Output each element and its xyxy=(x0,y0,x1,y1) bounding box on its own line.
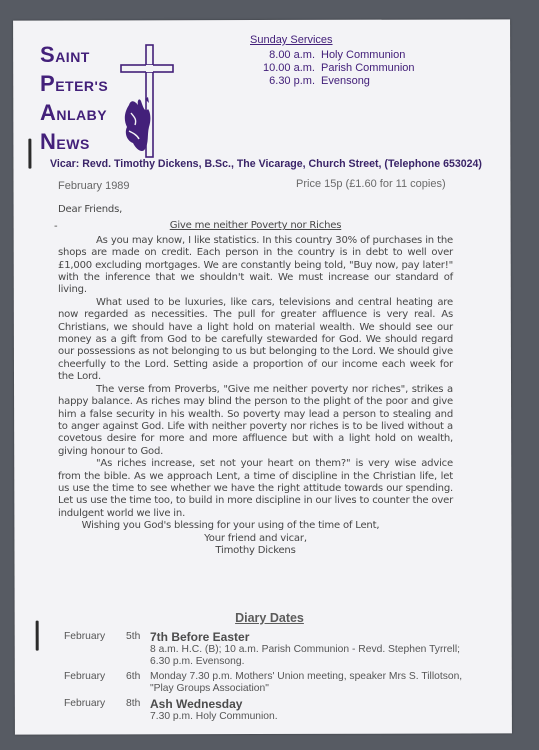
masthead-cap: N xyxy=(40,129,56,154)
masthead-cap: P xyxy=(40,71,55,96)
service-time: 8.00 a.m. xyxy=(248,49,321,62)
letter-signature: Timothy Dickens xyxy=(58,545,453,557)
diary-date: February5th xyxy=(64,631,150,669)
masthead-rest: ETER'S xyxy=(55,78,108,94)
sunday-services: Sunday Services 8.00 a.m.Holy Communion … xyxy=(248,34,415,88)
diary-entry: February8th Ash Wednesday 7.30 p.m. Holy… xyxy=(64,698,464,723)
masthead-rest: EWS xyxy=(56,136,89,152)
diary-month: February xyxy=(64,671,126,684)
letter-paragraph: What used to be luxuries, like cars, tel… xyxy=(58,297,453,384)
letter-paragraph: The verse from Proverbs, "Give me neithe… xyxy=(58,384,453,458)
masthead-line: ANLABY xyxy=(40,100,108,129)
vicar-letter: Dear Friends, - Give me neither Poverty … xyxy=(58,204,453,557)
letter-paragraph: "As riches increase, set not your heart … xyxy=(58,458,453,520)
service-item: 6.30 p.m.Evensong xyxy=(248,75,415,88)
diary-month: February xyxy=(64,631,126,644)
service-name: Holy Communion xyxy=(321,49,405,62)
vicar-contact-line: Vicar: Revd. Timothy Dickens, B.Sc., The… xyxy=(50,158,482,170)
price-info: Price 15p (£1.60 for 11 copies) xyxy=(296,178,446,190)
diary-event-title: 7th Before Easter xyxy=(150,631,464,644)
letter-paragraph: As you may know, I like statistics. In t… xyxy=(58,235,453,297)
diary-date: February6th xyxy=(64,671,150,696)
service-time: 10.00 a.m. xyxy=(248,62,321,75)
letter-signoff: Your friend and vicar, xyxy=(58,533,453,545)
diary-event-details: 7.30 p.m. Holy Communion. xyxy=(150,711,464,724)
masthead-line: SAINT xyxy=(40,42,108,71)
masthead-rest: NLABY xyxy=(56,107,107,123)
service-item: 10.00 a.m.Parish Communion xyxy=(248,62,415,75)
diary-body: 7th Before Easter 8 a.m. H.C. (B); 10 a.… xyxy=(150,631,464,669)
diary-event-title: Ash Wednesday xyxy=(150,698,464,711)
diary-event-details: Monday 7.30 p.m. Mothers' Union meeting,… xyxy=(150,671,464,696)
masthead-title: SAINT PETER'S ANLABY NEWS xyxy=(40,42,108,158)
service-name: Parish Communion xyxy=(321,62,415,75)
letter-title-text: Give me neither Poverty nor Riches xyxy=(170,220,342,231)
issue-date: February 1989 xyxy=(58,180,130,192)
diary-entry: February5th 7th Before Easter 8 a.m. H.C… xyxy=(64,631,464,669)
diary-heading-text: Diary Dates xyxy=(235,611,304,625)
letter-title: Give me neither Poverty nor Riches xyxy=(58,220,453,232)
masthead-line: PETER'S xyxy=(40,71,108,100)
service-name: Evensong xyxy=(321,75,370,88)
masthead-line: NEWS xyxy=(40,129,108,158)
masthead-cap: S xyxy=(40,42,55,67)
letter-closing: Wishing you God's blessing for your usin… xyxy=(58,520,453,532)
masthead-cap: A xyxy=(40,100,56,125)
diary-day: 5th xyxy=(126,631,140,642)
service-time: 6.30 p.m. xyxy=(248,75,321,88)
staple xyxy=(28,139,31,169)
services-heading: Sunday Services xyxy=(250,34,415,46)
service-item: 8.00 a.m.Holy Communion xyxy=(248,49,415,62)
diary-month: February xyxy=(64,698,126,711)
masthead-rest: AINT xyxy=(55,49,90,65)
diary-body: Ash Wednesday 7.30 p.m. Holy Communion. xyxy=(150,698,464,723)
diary-dates-list: February5th 7th Before Easter 8 a.m. H.C… xyxy=(64,631,464,725)
staple xyxy=(36,621,39,651)
diary-heading: Diary Dates xyxy=(0,611,539,625)
diary-day: 6th xyxy=(126,671,140,682)
diary-day: 8th xyxy=(126,698,140,709)
diary-entry: February6th Monday 7.30 p.m. Mothers' Un… xyxy=(64,671,464,696)
margin-mark: - xyxy=(54,221,57,233)
diary-event-details: 8 a.m. H.C. (B); 10 a.m. Parish Communio… xyxy=(150,644,464,669)
letter-greeting: Dear Friends, xyxy=(58,204,453,216)
diary-body: Monday 7.30 p.m. Mothers' Union meeting,… xyxy=(150,671,464,696)
cross-with-cockerel-icon xyxy=(115,43,175,161)
diary-date: February8th xyxy=(64,698,150,723)
